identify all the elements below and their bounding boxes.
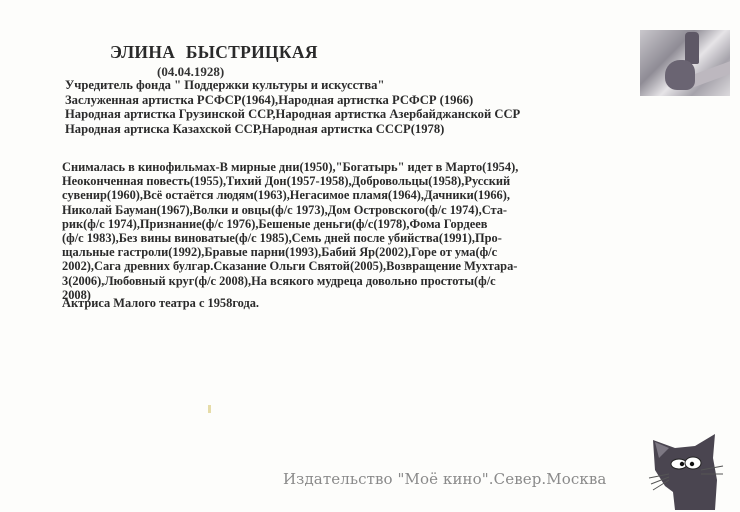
- photo-shape: [689, 61, 730, 88]
- actress-name: ЭЛИНА БЫСТРИЦКАЯ: [110, 42, 318, 63]
- filmography: Снималась в кинофильмах-В мирные дни(195…: [62, 160, 592, 302]
- publisher-line: Издательство "Моё кино".Север.Москва: [283, 470, 606, 488]
- title-line: Народная артиска Казахской ССР,Народная …: [65, 122, 520, 137]
- title-line: Заслуженная артистка РСФСР(1964),Народна…: [65, 93, 520, 108]
- filmography-line: 3(2006),Любовный круг(ф/с 2008),На всяко…: [62, 274, 592, 288]
- filmography-line: щальные гастроли(1992),Бравые парни(1993…: [62, 245, 592, 259]
- filmography-line: 2002),Сага древних булгар.Сказание Ольги…: [62, 259, 592, 273]
- postcard: ЭЛИНА БЫСТРИЦКАЯ (04.04.1928) Учредитель…: [0, 0, 740, 512]
- theatre-note: Актриса Малого театра с 1958года.: [62, 296, 259, 311]
- filmography-line: рик(ф/с 1974),Признание(ф/с 1976),Бешены…: [62, 217, 592, 231]
- filmography-line: сувенир(1960),Всё остаётся людям(1963),Н…: [62, 188, 592, 202]
- filmography-line: Неоконченная повесть(1955),Тихий Дон(195…: [62, 174, 592, 188]
- black-cat-icon: [645, 430, 727, 510]
- portrait-photo: [640, 30, 730, 96]
- title-line: Учредитель фонда " Поддержки культуры и …: [65, 78, 520, 93]
- filmography-line: Снималась в кинофильмах-В мирные дни(195…: [62, 160, 592, 174]
- title-line: Народная артистка Грузинской ССР,Народна…: [65, 107, 520, 122]
- filmography-line: (ф/с 1983),Без вины виноватые(ф/с 1985),…: [62, 231, 592, 245]
- titles-list: Учредитель фонда " Поддержки культуры и …: [65, 78, 520, 136]
- filmography-line: Николай Бауман(1967),Волки и овцы(ф/с 19…: [62, 203, 592, 217]
- photo-figure: [685, 32, 699, 64]
- scan-speck: [208, 405, 211, 413]
- photo-figure: [665, 60, 695, 90]
